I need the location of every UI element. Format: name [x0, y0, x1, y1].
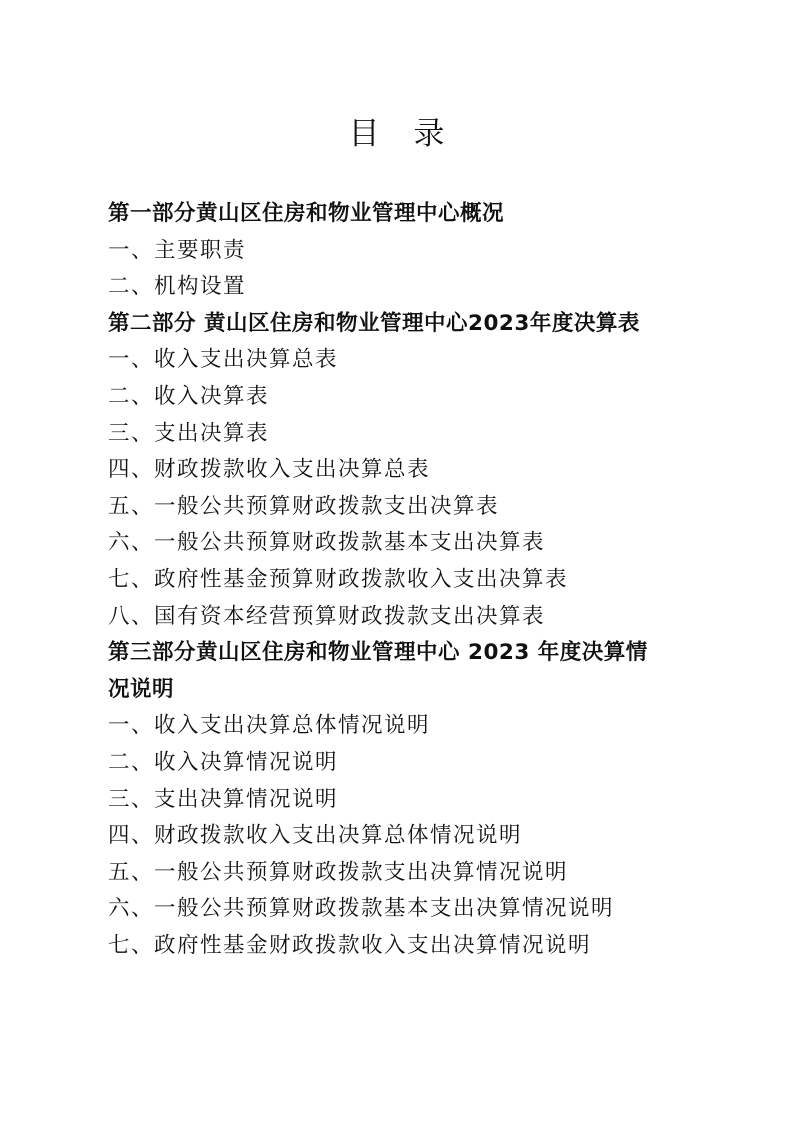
- title-char-2: 录: [414, 116, 445, 152]
- page-title: 目录: [0, 112, 793, 156]
- toc-item[interactable]: 一、收入支出决算总表: [108, 342, 688, 379]
- toc-item[interactable]: 七、政府性基金预算财政拨款收入支出决算表: [108, 562, 688, 599]
- toc-part-3-heading-line-2[interactable]: 况说明: [108, 672, 688, 709]
- title-char-1: 目: [349, 116, 380, 152]
- toc-item[interactable]: 二、收入决算表: [108, 379, 688, 416]
- toc-item[interactable]: 五、一般公共预算财政拨款支出决算情况说明: [108, 855, 688, 892]
- toc-item[interactable]: 七、政府性基金财政拨款收入支出决算情况说明: [108, 928, 688, 965]
- toc-item[interactable]: 六、一般公共预算财政拨款基本支出决算情况说明: [108, 891, 688, 928]
- toc-part-2-heading[interactable]: 第二部分 黄山区住房和物业管理中心2023年度决算表: [108, 306, 688, 343]
- toc-item[interactable]: 八、国有资本经营预算财政拨款支出决算表: [108, 599, 688, 636]
- toc-item[interactable]: 四、财政拨款收入支出决算总表: [108, 452, 688, 489]
- toc-item[interactable]: 一、收入支出决算总体情况说明: [108, 708, 688, 745]
- toc-item[interactable]: 一、主要职责: [108, 233, 688, 270]
- toc-item[interactable]: 五、一般公共预算财政拨款支出决算表: [108, 489, 688, 526]
- toc-item[interactable]: 四、财政拨款收入支出决算总体情况说明: [108, 818, 688, 855]
- toc-item[interactable]: 二、收入决算情况说明: [108, 745, 688, 782]
- table-of-contents: 第一部分黄山区住房和物业管理中心概况 一、主要职责 二、机构设置 第二部分 黄山…: [108, 196, 688, 964]
- toc-item[interactable]: 三、支出决算情况说明: [108, 782, 688, 819]
- toc-part-1-heading[interactable]: 第一部分黄山区住房和物业管理中心概况: [108, 196, 688, 233]
- toc-item[interactable]: 三、支出决算表: [108, 416, 688, 453]
- toc-item[interactable]: 六、一般公共预算财政拨款基本支出决算表: [108, 525, 688, 562]
- toc-item[interactable]: 二、机构设置: [108, 269, 688, 306]
- toc-part-3-heading-line-1[interactable]: 第三部分黄山区住房和物业管理中心 2023 年度决算情: [108, 635, 688, 672]
